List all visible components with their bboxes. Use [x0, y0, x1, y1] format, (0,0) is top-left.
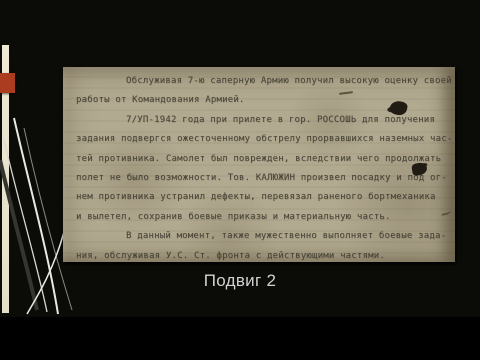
document-text: Обслуживая 7-ю саперную Армию получил вы… [76, 72, 445, 262]
slide-caption: Подвиг 2 [0, 271, 480, 291]
document-line: задания подвергся ожесточенному обстрелу… [76, 130, 445, 149]
document-line: полет не было возможности. Тов. КАЛЮЖИН … [76, 169, 445, 188]
document-line: ния, обслуживая У.С. Ст. фронта с действ… [76, 247, 445, 262]
pen-mark [440, 208, 451, 216]
document-line: В данный момент, также мужественно выпол… [76, 227, 445, 246]
scanned-document: Обслуживая 7-ю саперную Армию получил вы… [63, 67, 455, 262]
document-line: тей противника. Самолет был поврежден, в… [76, 150, 445, 169]
red-accent-bar [0, 73, 15, 93]
document-line: 7/УП-1942 года при прилете в гор. РОССОШ… [76, 111, 445, 130]
document-line: и вылетел, сохранив боевые приказы и мат… [76, 208, 445, 227]
document-line: Обслуживая 7-ю саперную Армию получил вы… [76, 72, 445, 91]
document-line: нем противника устранил дефекты, перевяз… [76, 188, 445, 207]
